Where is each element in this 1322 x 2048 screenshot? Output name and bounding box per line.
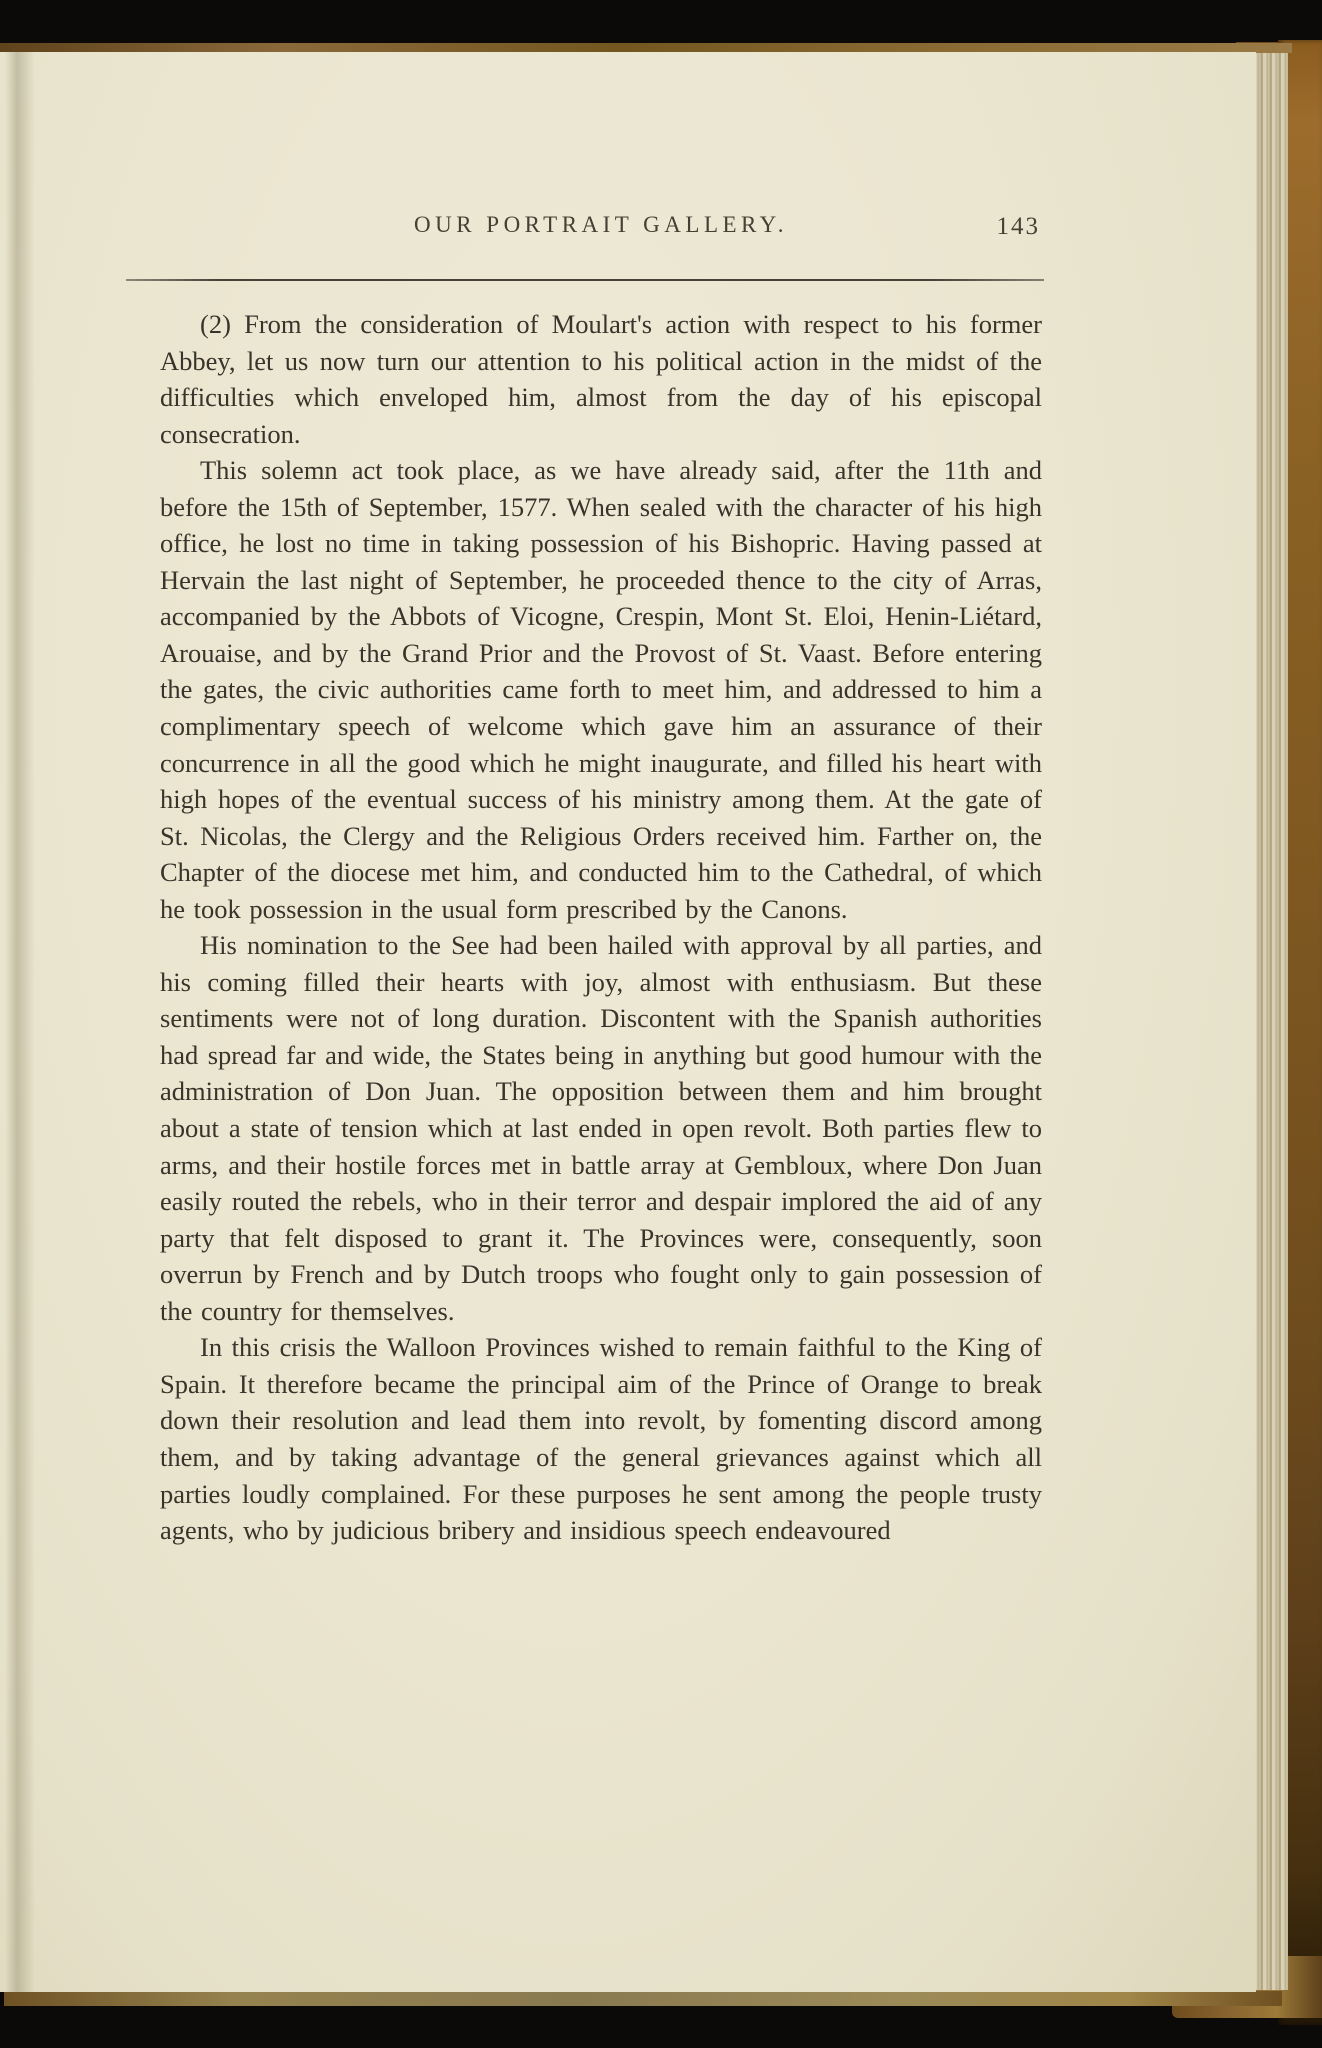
page-number: 143 bbox=[997, 213, 1041, 241]
paragraph: His nomination to the See had been haile… bbox=[160, 927, 1042, 1329]
page-body-text: (2) From the consideration of Moulart's … bbox=[160, 306, 1042, 1549]
page-block-bottom-edge bbox=[4, 1991, 1282, 2006]
running-header: OUR PORTRAIT GALLERY. 143 bbox=[160, 212, 1042, 246]
paragraph: In this crisis the Walloon Provinces wis… bbox=[160, 1329, 1042, 1548]
book-scan-page: { "book": { "running_header": "OUR PORTR… bbox=[0, 0, 1322, 2048]
book-page: OUR PORTRAIT GALLERY. 143 (2) From the c… bbox=[0, 52, 1256, 1992]
paragraph: (2) From the consideration of Moulart's … bbox=[160, 306, 1042, 452]
header-divider-rule bbox=[126, 279, 1044, 281]
paragraph: This solemn act took place, as we have a… bbox=[160, 452, 1042, 927]
running-header-title: OUR PORTRAIT GALLERY. bbox=[160, 212, 1042, 238]
page-gutter-shadow bbox=[5, 52, 35, 1992]
page-stack-fore-edge bbox=[1254, 52, 1288, 1990]
